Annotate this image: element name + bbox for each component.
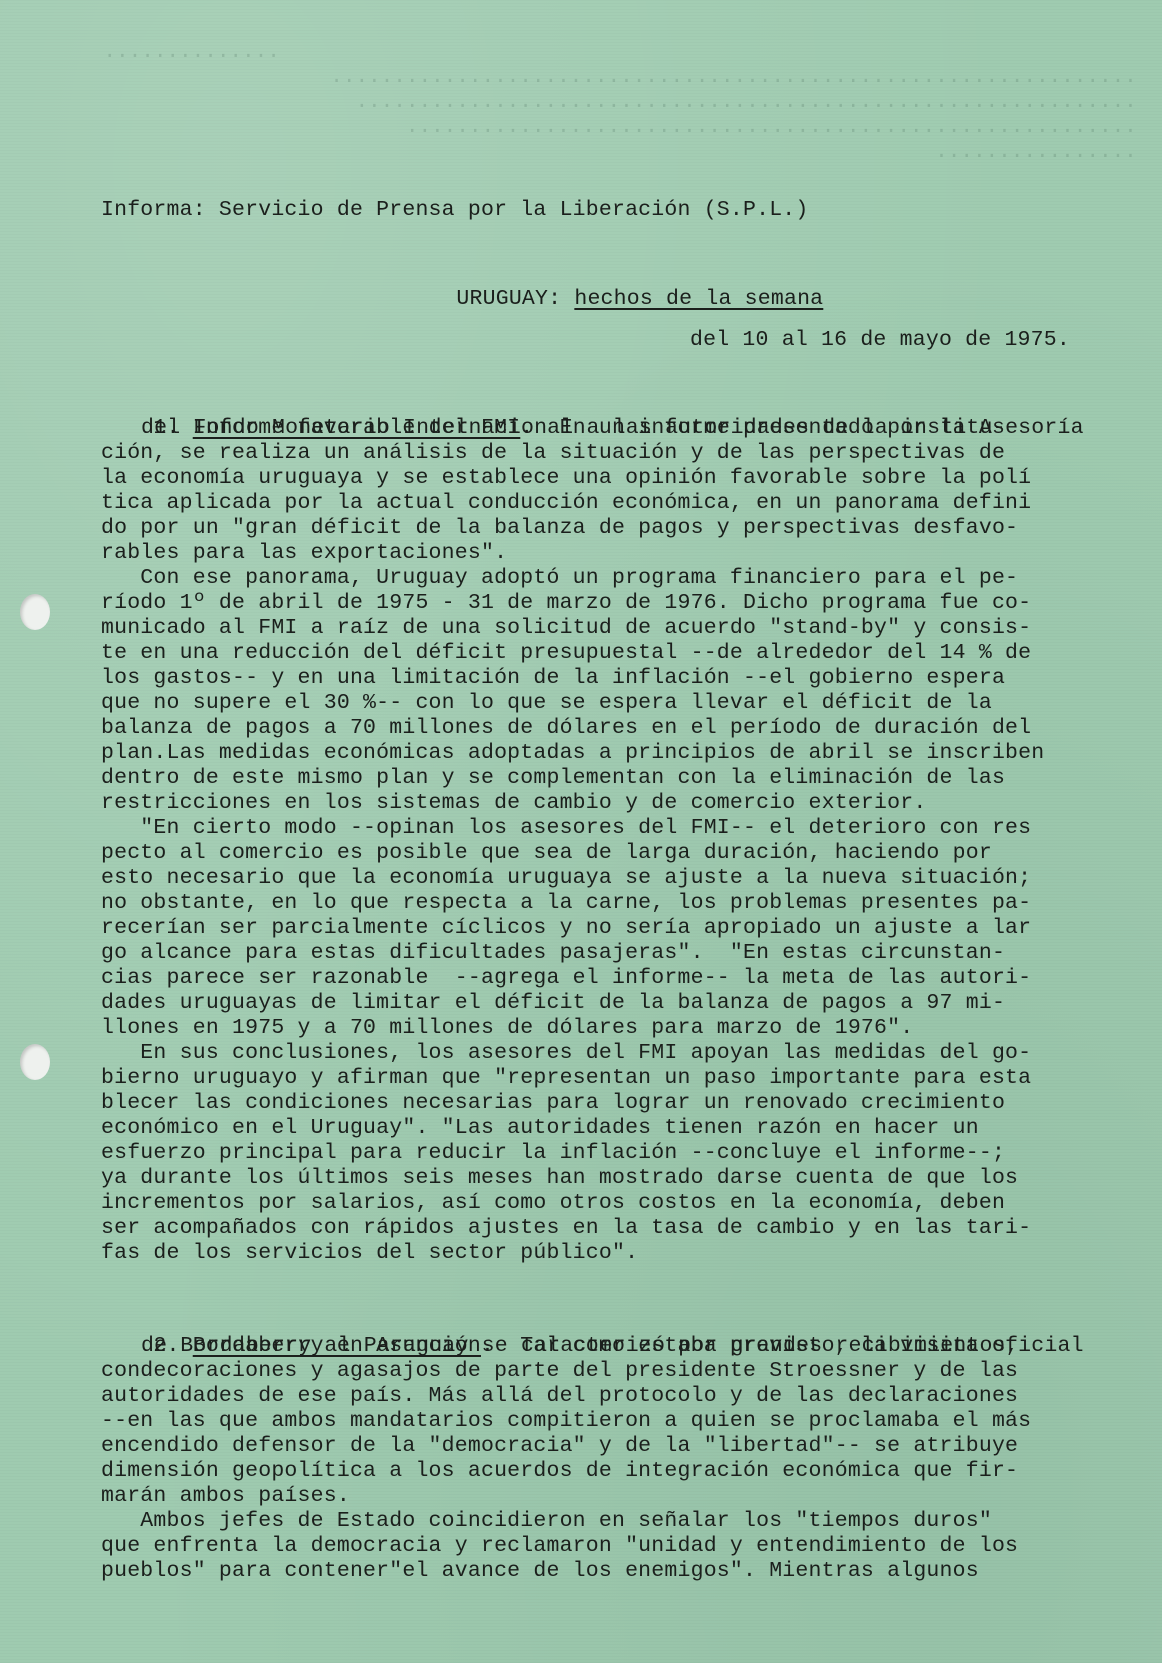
text-line: pecto al comercio es posible que sea de …: [101, 841, 992, 866]
text-line: fas de los servicios del sector público"…: [101, 1241, 638, 1266]
text-line: --en las que ambos mandatarios compitier…: [101, 1409, 1031, 1434]
text-line: no obstante, en lo que respecta a la car…: [101, 891, 1031, 916]
text-line: te en una reducción del déficit presupue…: [101, 641, 1031, 666]
text-line: autoridades de ese país. Más allá del pr…: [101, 1384, 1018, 1409]
text-line: cias parece ser razonable --agrega el in…: [101, 966, 1031, 991]
text-line: la economía uruguaya y se establece una …: [101, 466, 1031, 491]
text-line: esfuerzo principal para reducir la infla…: [101, 1141, 1005, 1166]
text-line: del Fondo Monetario Internacional a las …: [141, 416, 1006, 441]
text-line: marán ambos países.: [101, 1484, 350, 1509]
bleed-through-texture: .............. .........................…: [0, 40, 1162, 165]
text-line: ya durante los últimos seis meses han mo…: [101, 1166, 1018, 1191]
text-line: encendido defensor de la "democracia" y …: [101, 1434, 1018, 1459]
text-line: los gastos-- y en una limitación de la i…: [101, 666, 1005, 691]
text-line: condecoraciones y agasajos de parte del …: [101, 1359, 1018, 1384]
punch-hole-bottom: [20, 1044, 50, 1080]
typewritten-page: .............. .........................…: [0, 0, 1162, 1663]
text-line: ser acompañados con rápidos ajustes en l…: [101, 1216, 1031, 1241]
text-line: dentro de este mismo plan y se complemen…: [101, 766, 1005, 791]
text-line: balanza de pagos a 70 millones de dólare…: [101, 716, 1031, 741]
title-prefix: URUGUAY:: [456, 287, 574, 311]
text-line: "En cierto modo --opinan los asesores de…: [101, 816, 1031, 841]
text-line: llones en 1975 y a 70 millones de dólare…: [101, 1016, 913, 1041]
text-line: esto necesario que la economía uruguaya …: [101, 866, 1031, 891]
title-underlined: hechos de la semana: [574, 287, 823, 311]
text-line: económico en el Uruguay". "Las autoridad…: [101, 1116, 979, 1141]
text-line: blecer las condiciones necesarias para l…: [101, 1091, 1005, 1116]
text-line: que enfrenta la democracia y reclamaron …: [101, 1534, 1018, 1559]
text-line: do por un "gran déficit de la balanza de…: [101, 516, 1018, 541]
text-line: restricciones en los sistemas de cambio …: [101, 791, 926, 816]
text-line: tica aplicada por la actual conducción e…: [101, 491, 1031, 516]
text-line: incrementos por salarios, así como otros…: [101, 1191, 1005, 1216]
text-line: En sus conclusiones, los asesores del FM…: [101, 1041, 1031, 1066]
page-title: URUGUAY: hechos de la semana: [404, 262, 823, 337]
text-line: municado al FMI a raíz de una solicitud …: [101, 616, 1031, 641]
text-line: bierno uruguayo y afirman que "represent…: [101, 1066, 1031, 1091]
text-line: dades uruguayas de limitar el déficit de…: [101, 991, 1005, 1016]
punch-hole-top: [20, 594, 50, 630]
header-source: Informa: Servicio de Prensa por la Liber…: [101, 198, 809, 223]
text-line: ríodo 1º de abril de 1975 - 31 de marzo …: [101, 591, 1031, 616]
text-line: dimensión geopolítica a los acuerdos de …: [101, 1459, 1018, 1484]
text-line: rables para las exportaciones".: [101, 541, 507, 566]
text-line: que no supere el 30 %-- con lo que se es…: [101, 691, 992, 716]
text-line: Ambos jefes de Estado coincidieron en se…: [101, 1509, 992, 1534]
date-range: del 10 al 16 de mayo de 1975.: [690, 328, 1070, 353]
text-line: de Bordaberry al Paraguay se caracterizó…: [141, 1334, 1019, 1359]
text-line: Con ese panorama, Uruguay adoptó un prog…: [101, 566, 1018, 591]
text-line: go alcance para estas dificultades pasaj…: [101, 941, 1005, 966]
text-line: ción, se realiza un análisis de la situa…: [101, 441, 1005, 466]
text-line: pueblos" para contener"el avance de los …: [101, 1559, 979, 1584]
text-line: plan.Las medidas económicas adoptadas a …: [101, 741, 1044, 766]
text-line: recerían ser parcialmente cíclicos y no …: [101, 916, 1031, 941]
